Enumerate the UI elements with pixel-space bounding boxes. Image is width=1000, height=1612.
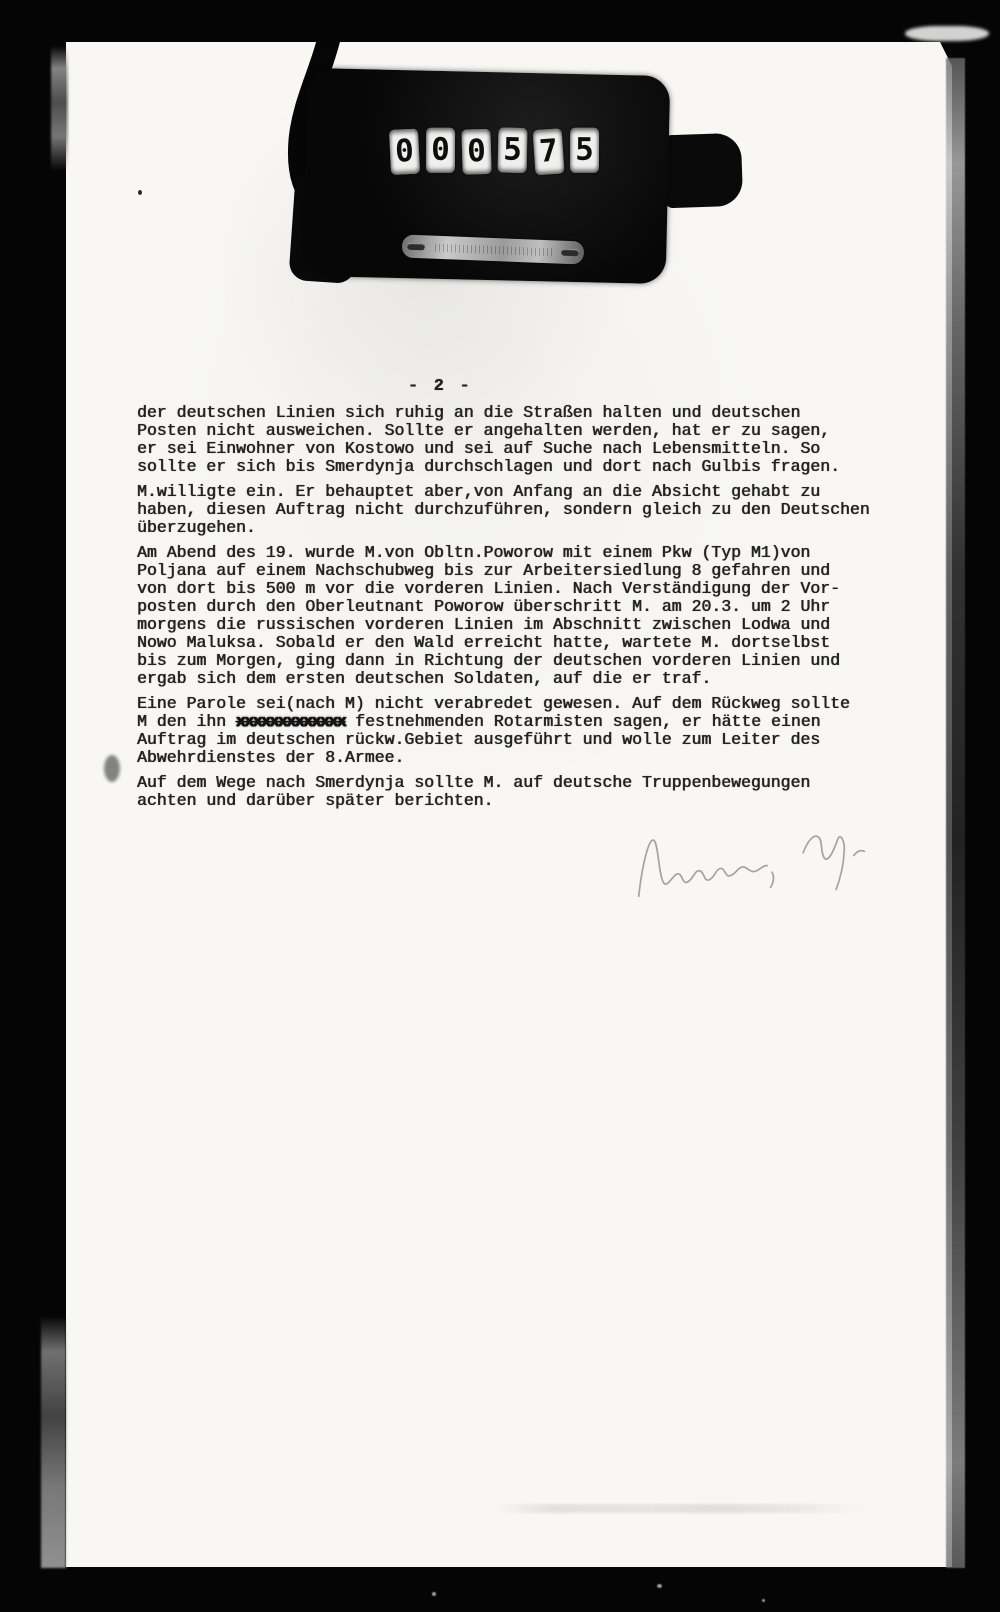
film-edge-streak xyxy=(51,46,68,171)
text-line: ergab sich dem ersten deutschen Soldaten… xyxy=(137,670,915,688)
text-segment: festnehmenden Rotarmisten sagen, er hätt… xyxy=(345,712,820,731)
paragraph: der deutschen Linien sich ruhig an die S… xyxy=(137,404,915,476)
struck-out-word: xxxxxxxxxxxxx xyxy=(236,712,345,731)
faint-smudge xyxy=(496,1504,866,1513)
text-line: Nowo Maluksa. Sobald er den Wald erreich… xyxy=(137,634,915,652)
text-line: Am Abend des 19. wurde M.von Obltn.Powor… xyxy=(137,544,915,562)
document-page: 0 0 0 5 7 5 - 2 - der deutschen Linien s… xyxy=(66,42,952,1567)
counter-digit-cell: 0 xyxy=(461,129,491,175)
counter-digit-cell: 7 xyxy=(533,128,565,175)
screw-icon xyxy=(407,243,425,251)
counter-device: 0 0 0 5 7 5 xyxy=(66,42,952,362)
ink-speck xyxy=(138,190,142,195)
text-line: achten und darüber später berichten. xyxy=(137,792,915,810)
film-light-leak xyxy=(905,26,989,41)
text-line: er sei Einwohner von Kostowo und sei auf… xyxy=(137,440,915,458)
text-line: Auftrag im deutschen rückw.Gebiet ausgef… xyxy=(137,731,915,749)
counter-digit-cell: 0 xyxy=(426,128,455,173)
dust-speck xyxy=(657,1584,662,1588)
counter-digit-window: 0 0 0 5 7 5 xyxy=(390,126,600,174)
counter-reset-knob xyxy=(663,133,744,209)
text-line: posten durch den Oberleutnant Poworow üb… xyxy=(137,598,915,616)
text-line: von dort bis 500 m vor die vorderen Lini… xyxy=(137,580,915,598)
paragraph: Am Abend des 19. wurde M.von Obltn.Powor… xyxy=(137,544,915,688)
text-line: Eine Parole sei(nach M) nicht verabredet… xyxy=(137,695,915,713)
typewritten-text: - 2 - der deutschen Linien sich ruhig an… xyxy=(137,377,915,817)
dust-speck xyxy=(432,1592,436,1596)
text-line: Poljana auf einem Nachschubweg bis zur A… xyxy=(137,562,915,580)
text-line: M den ihn xxxxxxxxxxxxx festnehmenden Ro… xyxy=(137,713,915,731)
text-line: morgens die russischen vorderen Linien i… xyxy=(137,616,915,634)
dust-speck xyxy=(762,1599,765,1602)
text-line: Auf dem Wege nach Smerdynja sollte M. au… xyxy=(137,774,915,792)
film-edge-streak xyxy=(41,1316,66,1568)
text-line: sollte er sich bis Smerdynja durchschlag… xyxy=(137,458,915,476)
text-line: Abwehrdienstes der 8.Armee. xyxy=(137,749,915,767)
text-line: bis zum Morgen, ging dann in Richtung de… xyxy=(137,652,915,670)
microfilm-frame: 0 0 0 5 7 5 - 2 - der deutschen Linien s… xyxy=(0,0,1000,1612)
text-line: haben, diesen Auftrag nicht durchzuführe… xyxy=(137,501,915,519)
paragraph: Eine Parole sei(nach M) nicht verabredet… xyxy=(137,695,915,767)
text-line: überzugehen. xyxy=(137,519,915,537)
screw-icon xyxy=(561,249,579,257)
text-line: der deutschen Linien sich ruhig an die S… xyxy=(137,404,915,422)
page-number: - 2 - xyxy=(408,377,915,395)
text-line: M.willigte ein. Er behauptet aber,von An… xyxy=(137,483,915,501)
ink-blob xyxy=(104,755,120,782)
paragraph: Auf dem Wege nach Smerdynja sollte M. au… xyxy=(137,774,915,810)
signature-handwriting xyxy=(621,801,886,927)
counter-digit-cell: 5 xyxy=(570,128,599,173)
counter-digit-cell: 5 xyxy=(498,127,528,173)
paragraph: M.willigte ein. Er behauptet aber,von An… xyxy=(137,483,915,537)
text-line: Posten nicht ausweichen. Sollte er angeh… xyxy=(137,422,915,440)
text-segment: M den ihn xyxy=(137,712,236,731)
counter-digit-cell: 0 xyxy=(389,129,420,175)
